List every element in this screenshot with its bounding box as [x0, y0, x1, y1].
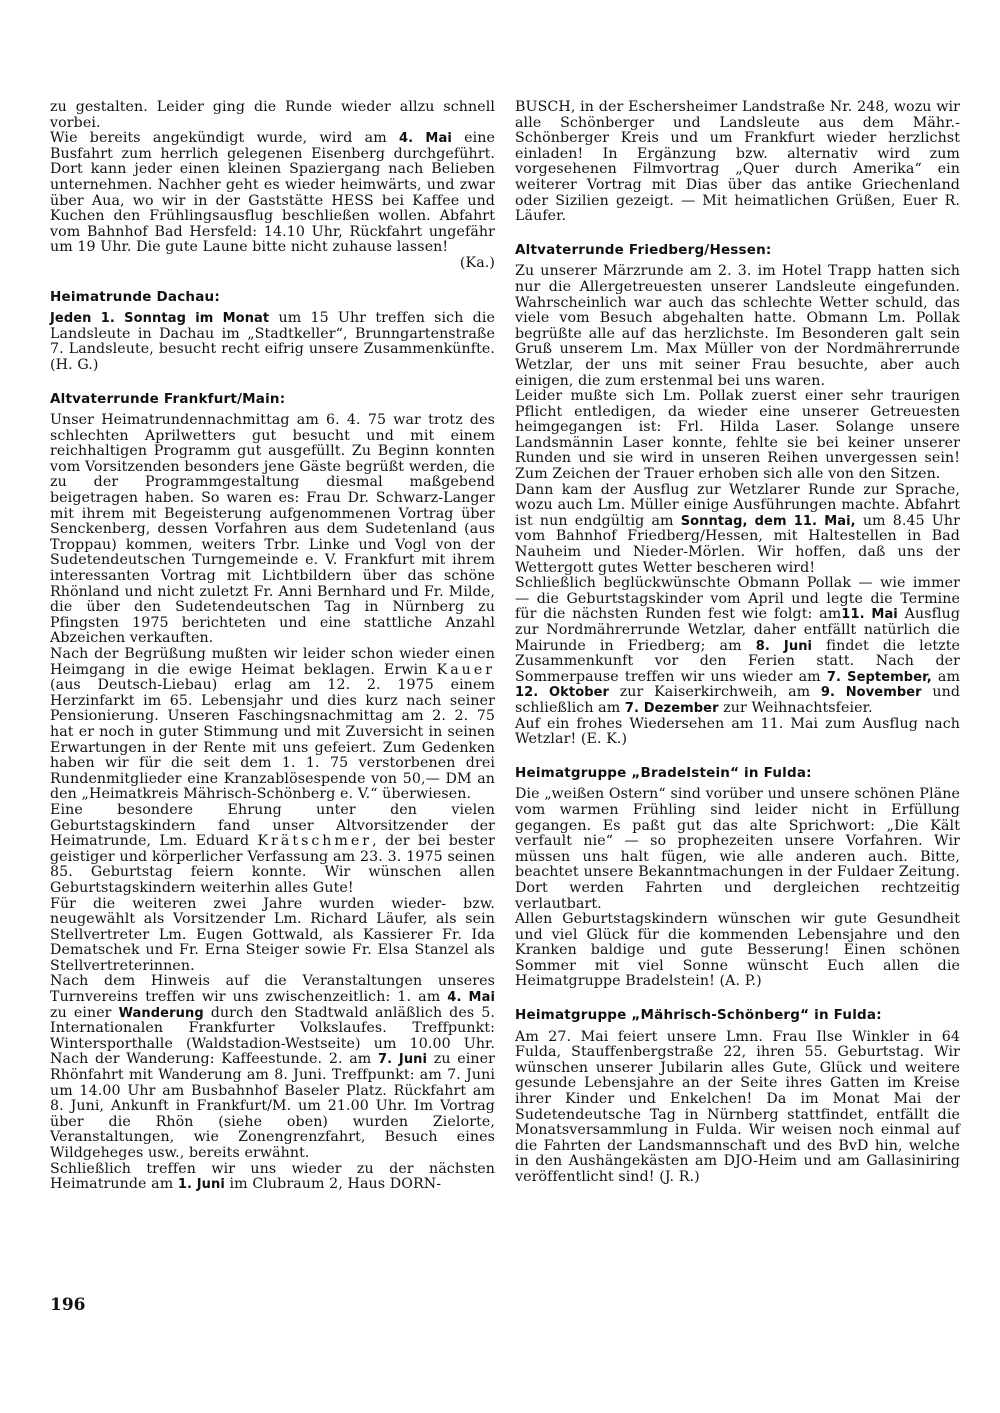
- text-run: zur Kaiserkirchweih, am: [609, 684, 821, 700]
- signature: (Ka.): [50, 256, 495, 272]
- date-highlight: Jeden 1. Sonntag im Monat: [50, 311, 269, 326]
- schoenberg-paragraph-1: Am 27. Mai feiert unsere Lmn. Frau Ilse …: [515, 1030, 960, 1186]
- date-highlight: 9. November: [821, 685, 922, 700]
- text-run: eine Busfahrt zum herrlich gelegenen Eis…: [50, 130, 495, 255]
- spaced-name: Krätschmer: [258, 833, 373, 849]
- date-highlight: 7. Dezember: [625, 701, 719, 716]
- dachau-paragraph: Jeden 1. Sonntag im Monat um 15 Uhr tref…: [50, 311, 495, 373]
- section-heading-schoenberg: Heimatgruppe „Mährisch-Schönberg“ in Ful…: [515, 1008, 960, 1024]
- text-run: am: [932, 669, 960, 685]
- date-highlight: 4. Mai: [399, 131, 452, 146]
- text-run: Nach der Begrüßung mußten wir leider sch…: [50, 646, 495, 678]
- section-heading-dachau: Heimatrunde Dachau:: [50, 290, 495, 306]
- text-run: (aus Deutsch-Liebau) erlag am 12. 2. 197…: [50, 677, 495, 802]
- intro-paragraph-1: zu gestalten. Leider ging die Runde wied…: [50, 100, 495, 131]
- friedberg-paragraph-4: Schließlich beglückwünschte Obmann Polla…: [515, 576, 960, 716]
- right-column: BUSCH, in der Eschersheimer Landstraße N…: [515, 100, 960, 1186]
- frankfurt-paragraph-4: Für die weiteren zwei Jahre wurden wiede…: [50, 897, 495, 975]
- text-run: Nach dem Hinweis auf die Veranstaltungen…: [50, 973, 495, 1005]
- newsletter-page: zu gestalten. Leider ging die Runde wied…: [0, 0, 1000, 1413]
- date-highlight: Sonntag, dem 11. Mai,: [681, 514, 856, 529]
- spaced-name: Kauer: [437, 662, 495, 678]
- section-heading-friedberg: Altvaterrunde Friedberg/Hessen:: [515, 243, 960, 259]
- date-highlight: 12. Oktober: [515, 685, 609, 700]
- frankfurt-paragraph-5: Nach dem Hinweis auf die Veranstaltungen…: [50, 974, 495, 1161]
- section-heading-frankfurt: Altvaterrunde Frankfurt/Main:: [50, 392, 495, 408]
- text-run: zu einer: [50, 1005, 119, 1021]
- friedberg-paragraph-2: Leider mußte sich Lm. Pollak zuerst eine…: [515, 389, 960, 483]
- frankfurt-paragraph-3: Eine besondere Ehrung unter den vielen G…: [50, 803, 495, 897]
- bradelstein-paragraph-2: Allen Geburtstagskindern wünschen wir gu…: [515, 912, 960, 990]
- bradelstein-paragraph-1: Die „weißen Ostern“ sind vorüber und uns…: [515, 787, 960, 912]
- event-highlight: Wanderung: [119, 1006, 204, 1021]
- text-run: zur Weihnachtsfeier.: [719, 700, 873, 716]
- friedberg-paragraph-5: Auf ein frohes Wiedersehen am 11. Mai zu…: [515, 717, 960, 748]
- left-column: zu gestalten. Leider ging die Runde wied…: [50, 100, 495, 1193]
- frankfurt-paragraph-2: Nach der Begrüßung mußten wir leider sch…: [50, 647, 495, 803]
- date-highlight: 7. September,: [827, 670, 932, 685]
- friedberg-paragraph-3: Dann kam der Ausflug zur Wetzlarer Runde…: [515, 483, 960, 577]
- page-number: 196: [50, 1295, 86, 1315]
- continuation-paragraph: BUSCH, in der Eschersheimer Landstraße N…: [515, 100, 960, 225]
- date-highlight: 7. Juni: [378, 1052, 427, 1067]
- text-run: Wie bereits angekündigt wurde, wird am: [50, 130, 399, 146]
- date-highlight: 11. Mai: [841, 607, 898, 622]
- text-run: zu einer Rhönfahrt mit Wanderung am 8. J…: [50, 1051, 495, 1161]
- date-highlight: 4. Mai: [447, 990, 495, 1005]
- frankfurt-paragraph-6: Schließlich treffen wir uns wieder zu de…: [50, 1162, 495, 1193]
- intro-paragraph-2: Wie bereits angekündigt wurde, wird am 4…: [50, 131, 495, 256]
- friedberg-paragraph-1: Zu unserer Märzrunde am 2. 3. im Hotel T…: [515, 264, 960, 389]
- frankfurt-paragraph-1: Unser Heimatrundennachmittag am 6. 4. 75…: [50, 413, 495, 647]
- section-heading-bradelstein: Heimatgruppe „Bradelstein“ in Fulda:: [515, 766, 960, 782]
- date-highlight: 1. Juni: [178, 1177, 225, 1192]
- text-run: im Clubraum 2, Haus DORN-: [225, 1176, 441, 1192]
- date-highlight: 8. Juni: [756, 639, 812, 654]
